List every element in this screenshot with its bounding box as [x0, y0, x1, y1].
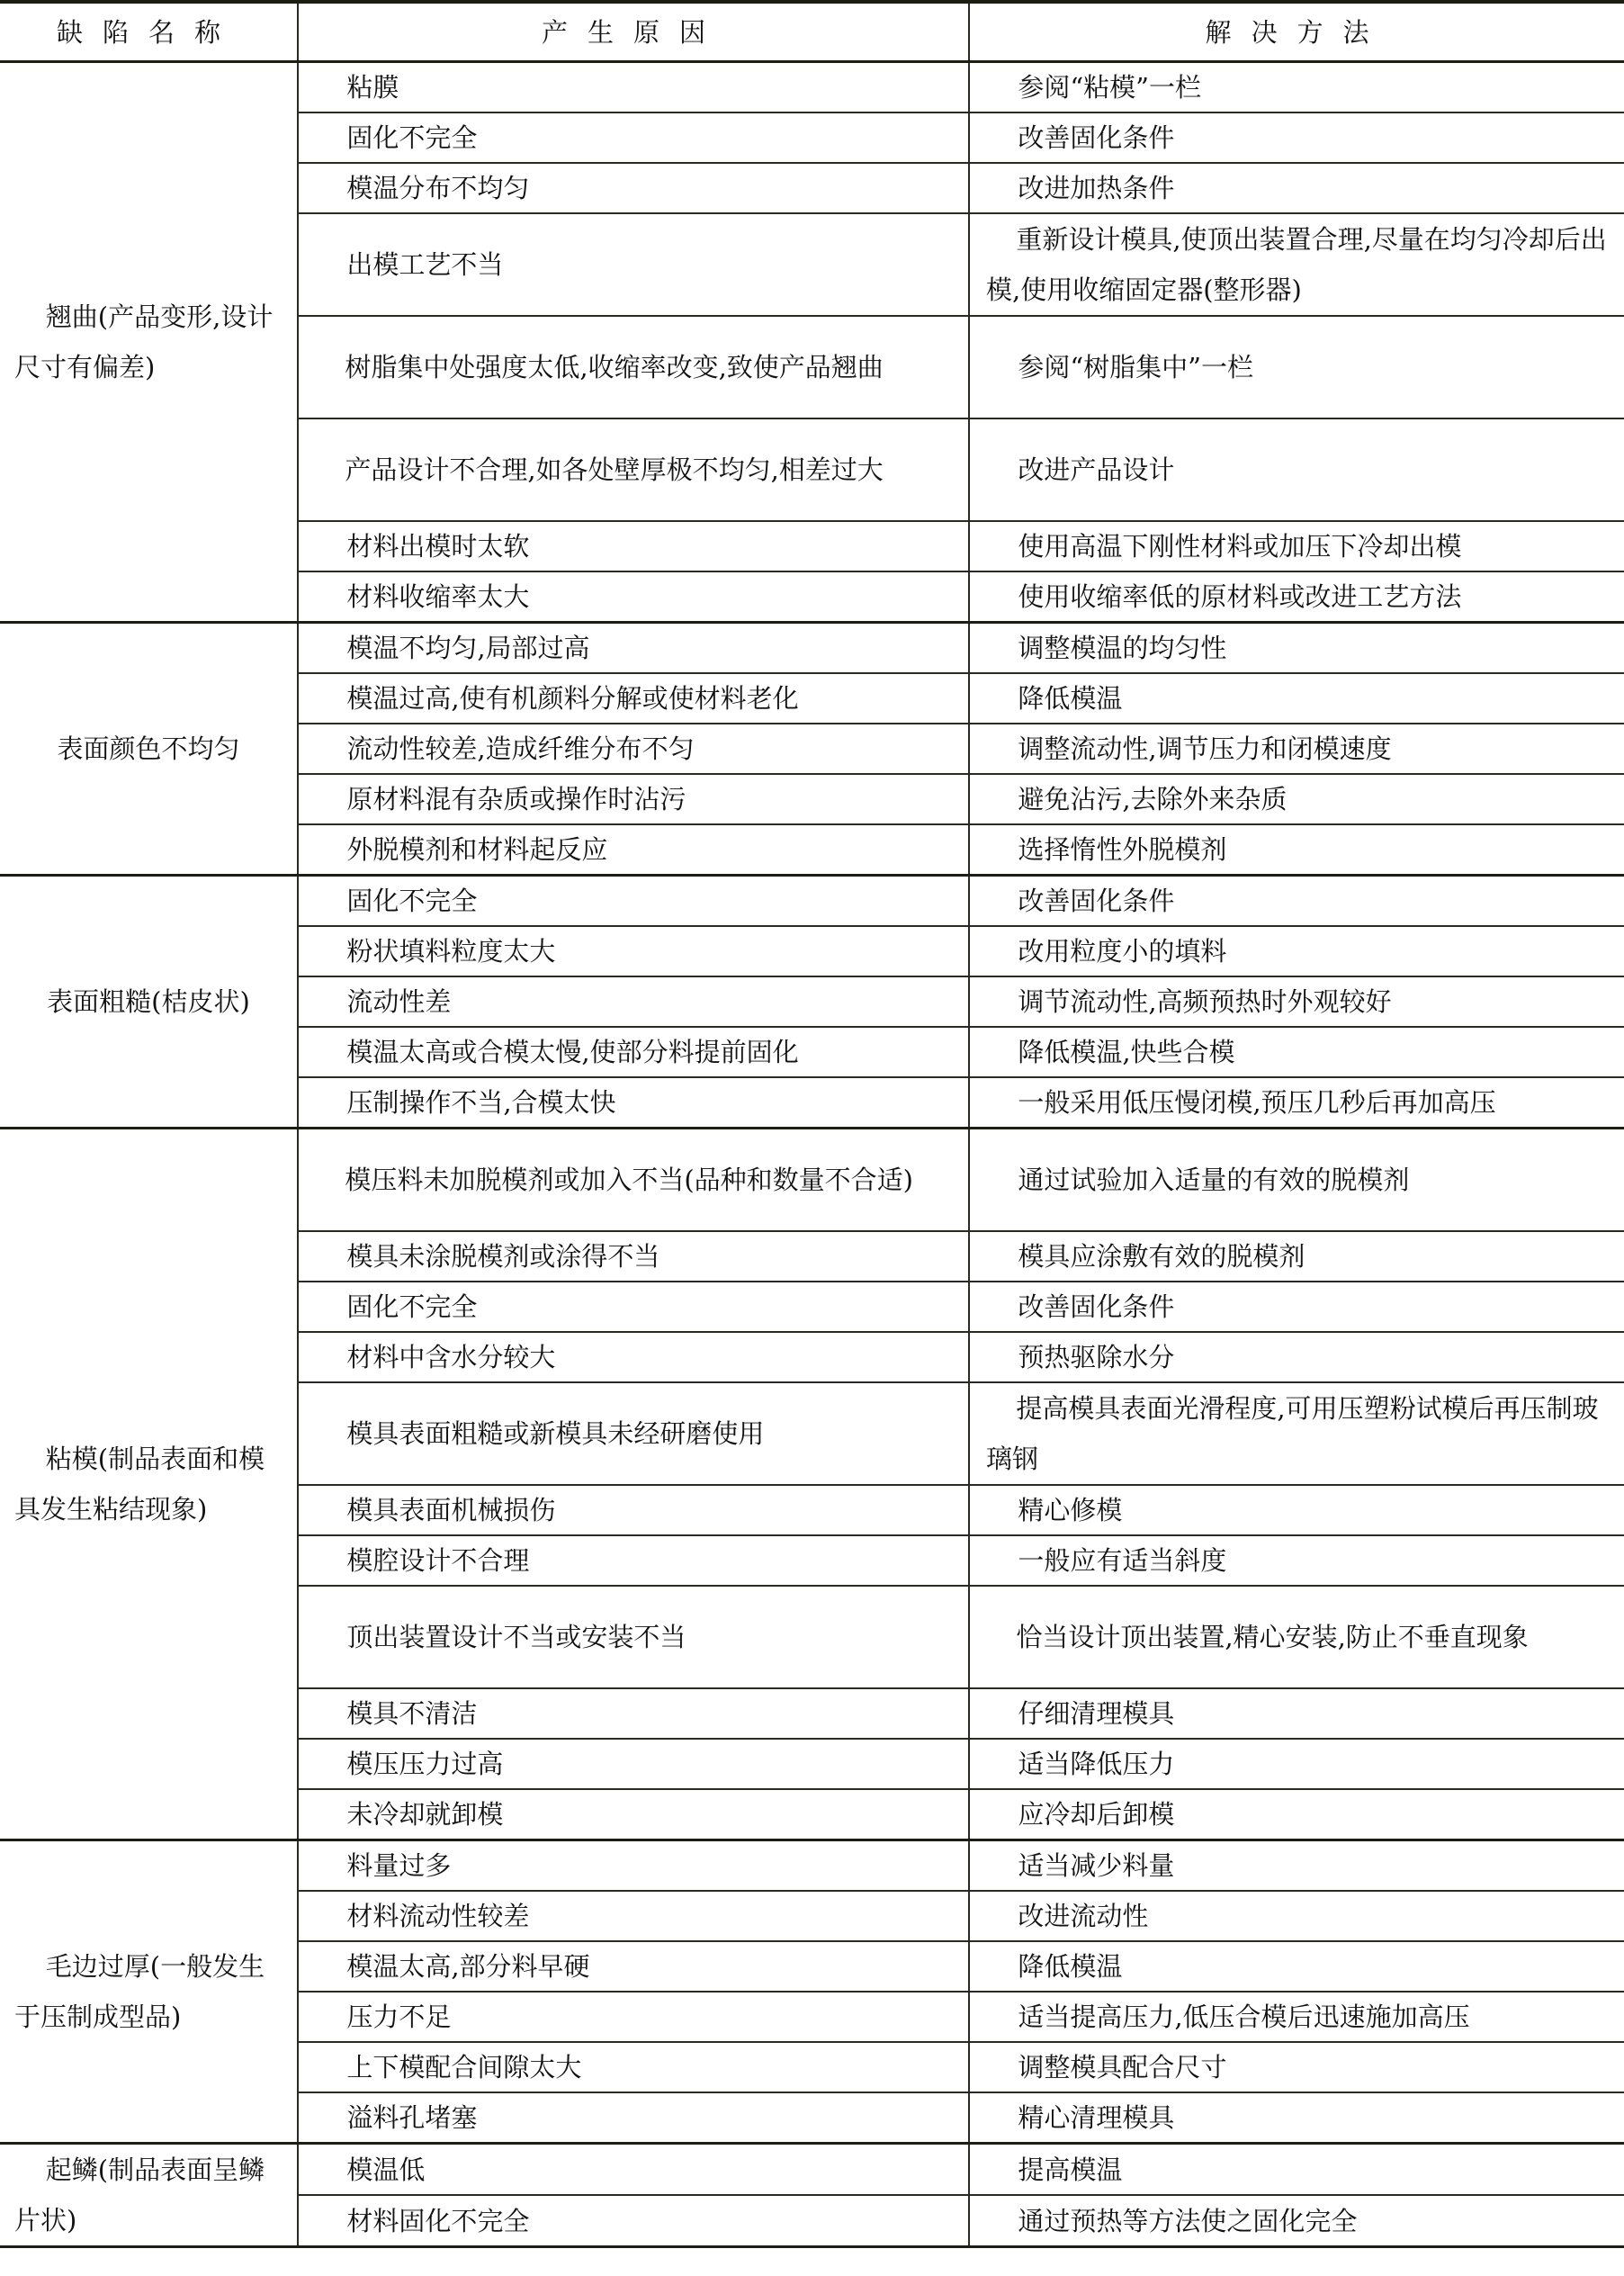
cause-cell: 料量过多	[298, 1840, 969, 1892]
cause-cell: 固化不完全	[298, 876, 969, 927]
cause-cell: 模具不清洁	[298, 1688, 969, 1739]
header-solution: 解决方法	[969, 2, 1624, 62]
cause-cell: 模温不均匀,局部过高	[298, 623, 969, 674]
solution-cell: 通过试验加入适量的有效的脱模剂	[969, 1129, 1624, 1232]
cause-cell: 未冷却就卸模	[298, 1789, 969, 1840]
table-row: 起鳞(制品表面呈鳞片状) 模温低 提高模温	[0, 2144, 1624, 2196]
solution-cell: 精心清理模具	[969, 2092, 1624, 2144]
table-body: 翘曲(产品变形,设计尺寸有偏差) 粘膜 参阅“粘模”一栏 固化不完全 改善固化条…	[0, 62, 1624, 2247]
solution-cell: 适当减少料量	[969, 1840, 1624, 1892]
solution-cell: 调整模温的均匀性	[969, 623, 1624, 674]
defect-name-cell: 毛边过厚(一般发生于压制成型品)	[0, 1840, 298, 2144]
defect-table: 缺陷名称 产生原因 解决方法 翘曲(产品变形,设计尺寸有偏差) 粘膜 参阅“粘模…	[0, 0, 1624, 2248]
solution-cell: 改用粒度小的填料	[969, 926, 1624, 976]
solution-cell: 通过预热等方法使之固化完全	[969, 2195, 1624, 2247]
solution-cell: 仔细清理模具	[969, 1688, 1624, 1739]
solution-cell: 调整模具配合尺寸	[969, 2042, 1624, 2092]
cause-cell: 模温分布不均匀	[298, 163, 969, 213]
solution-cell: 提高模具表面光滑程度,可用压塑粉试模后再压制玻璃钢	[969, 1382, 1624, 1485]
cause-cell: 粉状填料粒度太大	[298, 926, 969, 976]
defect-name-cell: 起鳞(制品表面呈鳞片状)	[0, 2144, 298, 2247]
table-row: 表面颜色不均匀 模温不均匀,局部过高 调整模温的均匀性	[0, 623, 1624, 674]
solution-cell: 预热驱除水分	[969, 1332, 1624, 1382]
cause-cell: 模温低	[298, 2144, 969, 2196]
solution-cell: 调节流动性,高频预热时外观较好	[969, 976, 1624, 1027]
solution-cell: 提高模温	[969, 2144, 1624, 2196]
solution-cell: 一般应有适当斜度	[969, 1535, 1624, 1586]
header-row: 缺陷名称 产生原因 解决方法	[0, 2, 1624, 62]
header-defect-name: 缺陷名称	[0, 2, 298, 62]
table-row: 翘曲(产品变形,设计尺寸有偏差) 粘膜 参阅“粘模”一栏	[0, 62, 1624, 113]
table-row: 毛边过厚(一般发生于压制成型品) 料量过多 适当减少料量	[0, 1840, 1624, 1892]
solution-cell: 一般采用低压慢闭模,预压几秒后再加高压	[969, 1077, 1624, 1129]
cause-cell: 固化不完全	[298, 112, 969, 163]
solution-cell: 参阅“粘模”一栏	[969, 62, 1624, 113]
cause-cell: 模具表面粗糙或新模具未经研磨使用	[298, 1382, 969, 1485]
cause-cell: 模压料未加脱模剂或加入不当(品种和数量不合适)	[298, 1129, 969, 1232]
cause-cell: 模温过高,使有机颜料分解或使材料老化	[298, 673, 969, 724]
cause-cell: 出模工艺不当	[298, 213, 969, 316]
solution-cell: 适当降低压力	[969, 1739, 1624, 1789]
cause-cell: 固化不完全	[298, 1282, 969, 1332]
cause-cell: 流动性差	[298, 976, 969, 1027]
solution-cell: 降低模温,快些合模	[969, 1027, 1624, 1077]
cause-cell: 模压压力过高	[298, 1739, 969, 1789]
defect-name-cell: 翘曲(产品变形,设计尺寸有偏差)	[0, 62, 298, 623]
cause-cell: 材料收缩率太大	[298, 571, 969, 623]
solution-cell: 适当提高压力,低压合模后迅速施加高压	[969, 1992, 1624, 2042]
table-row: 粘模(制品表面和模具发生粘结现象) 模压料未加脱模剂或加入不当(品种和数量不合适…	[0, 1129, 1624, 1232]
cause-cell: 溢料孔堵塞	[298, 2092, 969, 2144]
cause-cell: 材料出模时太软	[298, 521, 969, 571]
cause-cell: 材料固化不完全	[298, 2195, 969, 2247]
solution-cell: 避免沾污,去除外来杂质	[969, 774, 1624, 824]
cause-cell: 模温太高,部分料早硬	[298, 1941, 969, 1992]
solution-cell: 改善固化条件	[969, 112, 1624, 163]
solution-cell: 使用高温下刚性材料或加压下冷却出模	[969, 521, 1624, 571]
cause-cell: 流动性较差,造成纤维分布不匀	[298, 724, 969, 774]
solution-cell: 恰当设计顶出装置,精心安装,防止不垂直现象	[969, 1586, 1624, 1688]
solution-cell: 改善固化条件	[969, 1282, 1624, 1332]
solution-cell: 模具应涂敷有效的脱模剂	[969, 1231, 1624, 1282]
cause-cell: 压制操作不当,合模太快	[298, 1077, 969, 1129]
cause-cell: 上下模配合间隙太大	[298, 2042, 969, 2092]
solution-cell: 应冷却后卸模	[969, 1789, 1624, 1840]
solution-cell: 降低模温	[969, 1941, 1624, 1992]
defect-name-cell: 表面颜色不均匀	[0, 623, 298, 876]
cause-cell: 原材料混有杂质或操作时沾污	[298, 774, 969, 824]
solution-cell: 重新设计模具,使顶出装置合理,尽量在均匀冷却后出模,使用收缩固定器(整形器)	[969, 213, 1624, 316]
cause-cell: 模腔设计不合理	[298, 1535, 969, 1586]
solution-cell: 改善固化条件	[969, 876, 1624, 927]
cause-cell: 模温太高或合模太慢,使部分料提前固化	[298, 1027, 969, 1077]
solution-cell: 参阅“树脂集中”一栏	[969, 316, 1624, 418]
solution-cell: 降低模温	[969, 673, 1624, 724]
solution-cell: 改进加热条件	[969, 163, 1624, 213]
cause-cell: 产品设计不合理,如各处壁厚极不均匀,相差过大	[298, 418, 969, 521]
cause-cell: 顶出装置设计不当或安装不当	[298, 1586, 969, 1688]
cause-cell: 材料流动性较差	[298, 1891, 969, 1941]
cause-cell: 压力不足	[298, 1992, 969, 2042]
defect-name-cell: 表面粗糙(桔皮状)	[0, 876, 298, 1129]
cause-cell: 模具未涂脱模剂或涂得不当	[298, 1231, 969, 1282]
cause-cell: 外脱模剂和材料起反应	[298, 824, 969, 876]
defect-name-cell: 粘模(制品表面和模具发生粘结现象)	[0, 1129, 298, 1840]
solution-cell: 改进产品设计	[969, 418, 1624, 521]
solution-cell: 使用收缩率低的原材料或改进工艺方法	[969, 571, 1624, 623]
cause-cell: 材料中含水分较大	[298, 1332, 969, 1382]
table-row: 表面粗糙(桔皮状) 固化不完全 改善固化条件	[0, 876, 1624, 927]
solution-cell: 调整流动性,调节压力和闭模速度	[969, 724, 1624, 774]
solution-cell: 选择惰性外脱模剂	[969, 824, 1624, 876]
header-cause: 产生原因	[298, 2, 969, 62]
document-page: 缺陷名称 产生原因 解决方法 翘曲(产品变形,设计尺寸有偏差) 粘膜 参阅“粘模…	[0, 0, 1624, 2276]
solution-cell: 改进流动性	[969, 1891, 1624, 1941]
cause-cell: 模具表面机械损伤	[298, 1485, 969, 1535]
cause-cell: 树脂集中处强度太低,收缩率改变,致使产品翘曲	[298, 316, 969, 418]
solution-cell: 精心修模	[969, 1485, 1624, 1535]
cause-cell: 粘膜	[298, 62, 969, 113]
